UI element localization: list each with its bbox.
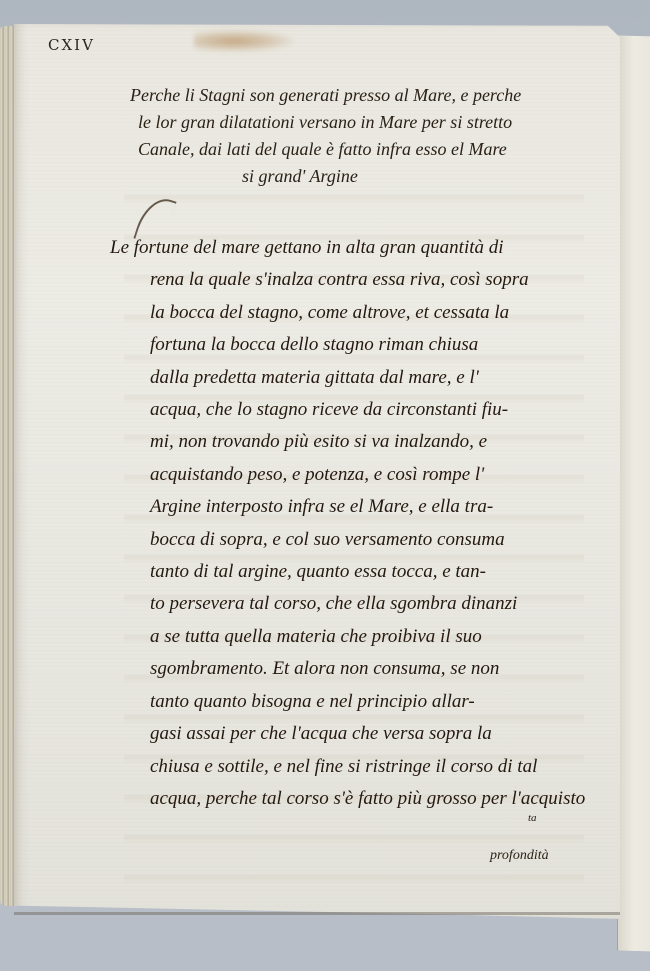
body-line: Argine interposto infra se el Mare, e el… — [110, 491, 580, 523]
heading-line: le lor gran dilatationi versano in Mare … — [130, 109, 570, 136]
body-line: dalla predetta materia gittata dal mare,… — [110, 362, 580, 394]
body-line: bocca di sopra, e col suo versamento con… — [110, 524, 580, 556]
folio-number: CXIV — [48, 36, 95, 54]
body-line: sgombramento. Et alora non consuma, se n… — [110, 653, 580, 685]
body-line: acqua, che lo stagno riceve da circonsta… — [110, 394, 580, 426]
body-line: to persevera tal corso, che ella sgombra… — [110, 588, 580, 620]
facing-page-edge — [617, 35, 650, 951]
body-paragraph: Le fortune del mare gettano in alta gran… — [110, 232, 580, 815]
body-line: la bocca del stagno, come altrove, et ce… — [110, 297, 580, 329]
interlinear-insert: ta — [528, 812, 537, 824]
body-line: acqua, perche tal corso s'è fatto più gr… — [110, 783, 580, 815]
body-line: gasi assai per che l'acqua che versa sop… — [110, 718, 580, 750]
water-stain — [194, 30, 294, 52]
chapter-heading: Perche li Stagni son generati presso al … — [130, 82, 570, 190]
body-line: tanto di tal argine, quanto essa tocca, … — [110, 556, 580, 588]
heading-line: si grand' Argine — [130, 163, 570, 190]
body-line: rena la quale s'inalza contra essa riva,… — [110, 264, 580, 296]
body-line: mi, non trovando più esito si va inalzan… — [110, 426, 580, 458]
body-line: fortuna la bocca dello stagno riman chiu… — [110, 329, 580, 361]
body-line: chiusa e sottile, e nel fine si ristring… — [110, 751, 580, 783]
marginal-note: profondità — [490, 848, 549, 864]
body-line: Le fortune del mare gettano in alta gran… — [110, 232, 580, 264]
heading-line: Canale, dai lati del quale è fatto infra… — [130, 136, 570, 163]
body-line: acquistando peso, e potenza, e così romp… — [110, 459, 580, 491]
body-line: a se tutta quella materia che proibiva i… — [110, 621, 580, 653]
body-line: tanto quanto bisogna e nel principio all… — [110, 686, 580, 718]
page-bottom-edge — [14, 912, 620, 915]
heading-line: Perche li Stagni son generati presso al … — [130, 82, 570, 109]
